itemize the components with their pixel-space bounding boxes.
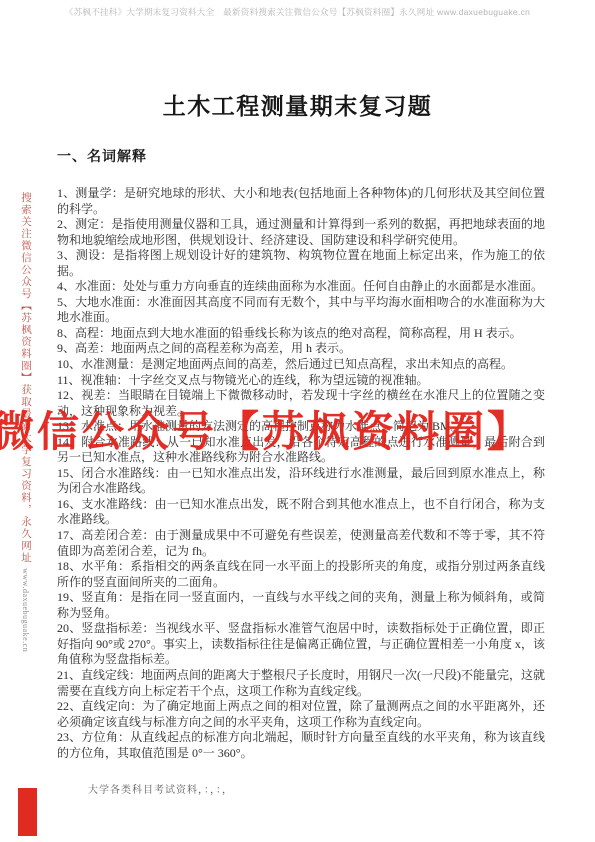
definition-paragraph: 8、高程：地面点到大地水准面的铅垂线长称为该点的绝对高程，简称高程，用 H 表示…	[57, 326, 545, 342]
definition-paragraph: 11、视准轴：十字丝交叉点与物镜光心的连线，称为望远镜的视准轴。	[57, 373, 545, 389]
document-page: 《苏枫不挂科》大学期末复习资料大全 最新资料搜索关注微信公众号【苏枫资料圈】永久…	[0, 0, 595, 842]
definition-paragraph: 21、直线定线：地面两点间的距离大于整根尺子长度时，用钢尺一次(一尺段)不能量完…	[57, 668, 545, 699]
sidebar-promo-text: 搜索关注微信公众号【苏枫资料圈】获取最新大学复习资料，永久网址	[20, 192, 31, 568]
definitions-list: 1、测量学：是研究地球的形状、大小和地表(包括地面上各种物体)的几何形状及其空间…	[57, 186, 545, 761]
definition-paragraph: 22、直线定向：为了确定地面上两点之间的相对位置，除了量测两点之间的水平距离外，…	[57, 699, 545, 730]
definition-paragraph: 5、大地水准面：水准面因其高度不同而有无数个，其中与平均海水面相吻合的水准面称为…	[57, 295, 545, 326]
page-header-text: 《苏枫不挂科》大学期末复习资料大全 最新资料搜索关注微信公众号【苏枫资料圈】永久…	[0, 6, 595, 18]
document-title: 土木工程测量期末复习题	[0, 88, 595, 121]
definition-paragraph: 9、高差：地面两点之间的高程差称为高差，用 h 表示。	[57, 341, 545, 357]
definition-paragraph: 3、测设：是指将图上规划设计好的建筑物、构筑物位置在地面上标定出来，作为施工的依…	[57, 248, 545, 279]
footer-note: 大学各类科目考试资料，：，：，	[88, 781, 233, 796]
definition-paragraph: 15、闭合水准路线：由一已知水准点出发，沿环线进行水准测量，最后回到原水准点上，…	[57, 466, 545, 497]
watermark-text: 微信公众号【苏枫资料圈】	[0, 399, 532, 459]
definition-paragraph: 18、水平角：系指相交的两条直线在同一水平面上的投影所夹的角度，或指分别过两条直…	[57, 559, 545, 590]
red-stamp-block	[18, 788, 37, 836]
definition-paragraph: 1、测量学：是研究地球的形状、大小和地表(包括地面上各种物体)的几何形状及其空间…	[57, 186, 545, 217]
definition-paragraph: 17、高差闭合差：由于测量成果中不可避免有些误差，使测量高差代数和不等于零，其不…	[57, 528, 545, 559]
definition-paragraph: 19、竖直角：是指在同一竖直面内，一直线与水平线之间的夹角，测量上称为倾斜角，或…	[57, 590, 545, 621]
definition-paragraph: 2、测定：是指使用测量仪器和工具，通过测量和计算得到一系列的数据，再把地球表面的…	[57, 217, 545, 248]
definition-paragraph: 10、水准测量：是测定地面两点间的高差，然后通过已知点高程，求出未知点的高程。	[57, 357, 545, 373]
section-heading: 一、名词解释	[57, 146, 147, 166]
definition-paragraph: 20、竖盘指标差：当视线水平、竖盘指标水准管气泡居中时，读数指标处于正确位置，即…	[57, 621, 545, 668]
definition-paragraph: 16、支水准路线：由一已知水准点出发，既不附合到其他水准点上，也不自行闭合，称为…	[57, 497, 545, 528]
definition-paragraph: 23、方位角：从直线起点的标准方向北端起，顺时针方向量至直线的水平夹角，称为该直…	[57, 730, 545, 761]
definition-paragraph: 4、水准面：处处与重力方向垂直的连续曲面称为水准面。任何自由静止的水面都是水准面…	[57, 279, 545, 295]
sidebar-url-text: www.daxuebuguake.cn	[21, 568, 30, 652]
